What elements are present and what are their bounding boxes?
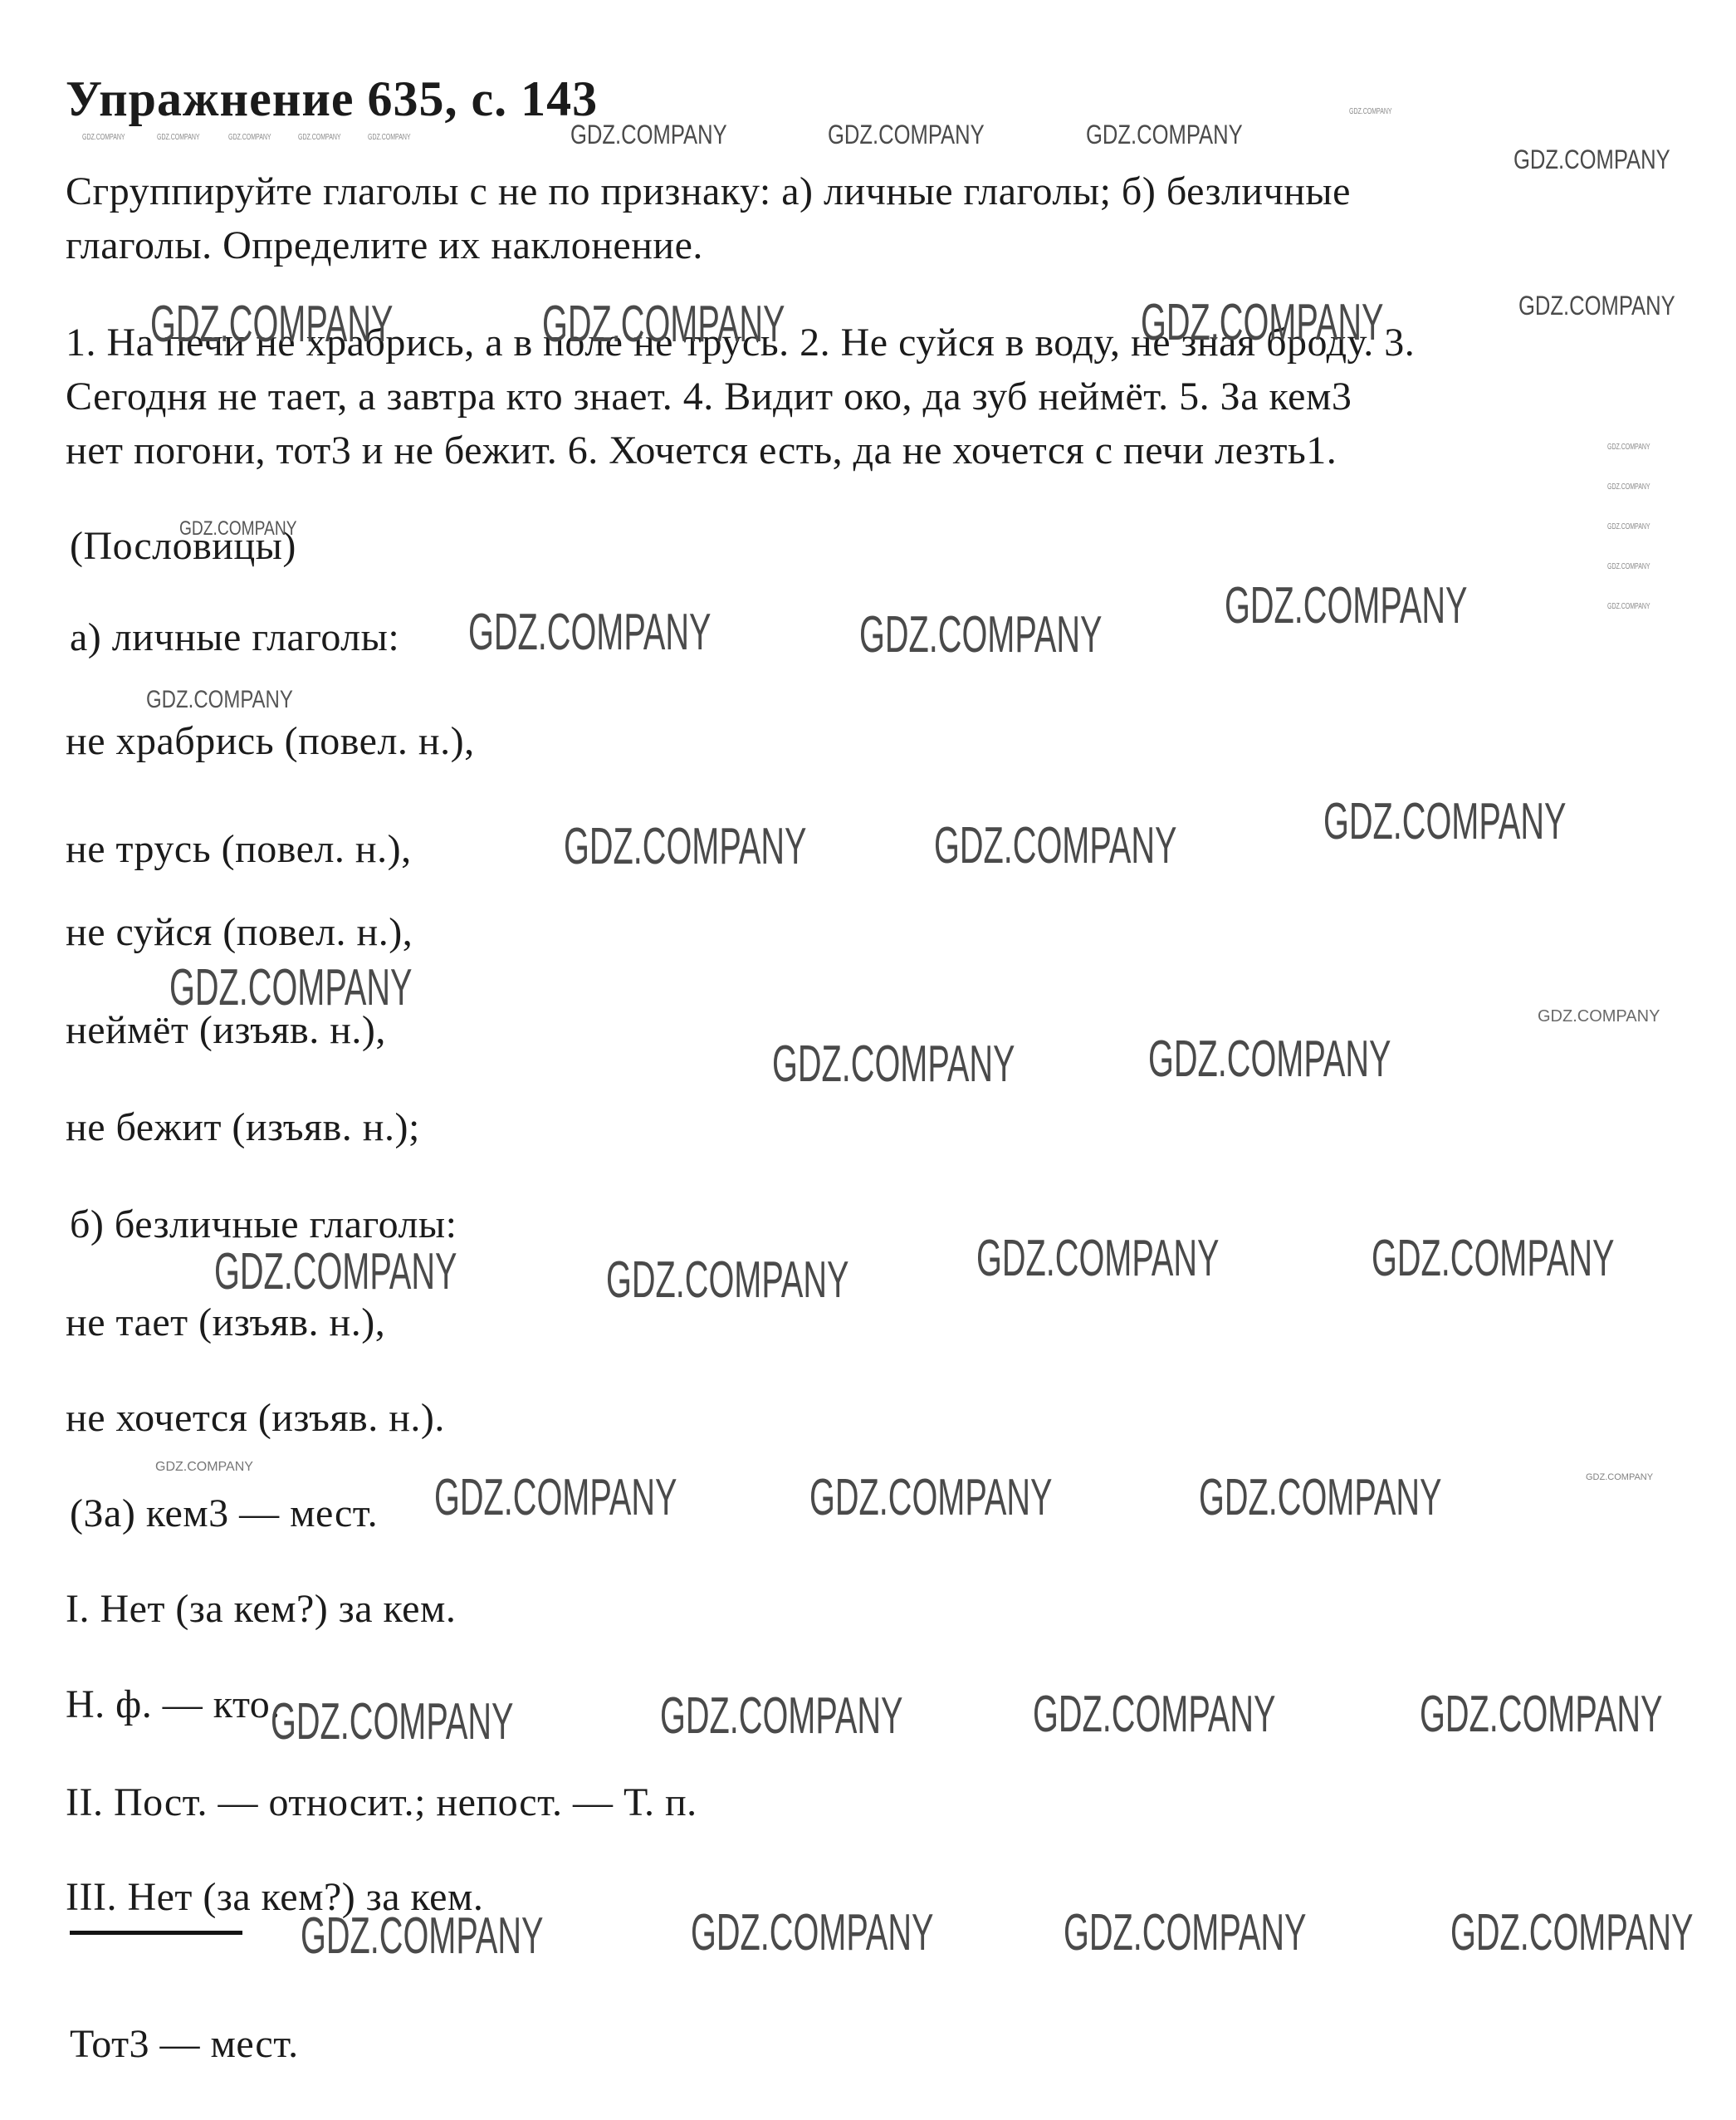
watermark: GDZ.COMPANY [934, 820, 1176, 872]
watermark: GDZ.COMPANY [1199, 1472, 1441, 1524]
watermark: GDZ.COMPANY [570, 121, 727, 148]
watermark: GDZ.COMPANY [368, 134, 411, 142]
watermark: GDZ.COMPANY [1420, 1689, 1662, 1741]
watermark: GDZ.COMPANY [1607, 603, 1650, 611]
watermark: GDZ.COMPANY [1349, 108, 1392, 116]
watermark: GDZ.COMPANY [564, 821, 806, 873]
watermark: GDZ.COMPANY [214, 1246, 457, 1298]
watermark: GDZ.COMPANY [1225, 580, 1467, 632]
group-a-item: не бежит (изъяв. н.); [66, 1108, 420, 1148]
watermark: GDZ.COMPANY [1607, 563, 1650, 571]
watermark: GDZ.COMPANY [1372, 1233, 1614, 1285]
section-divider [70, 1931, 242, 1935]
watermark: GDZ.COMPANY [179, 519, 297, 539]
watermark: GDZ.COMPANY [169, 962, 412, 1014]
watermark: GDZ.COMPANY [1586, 1473, 1653, 1482]
watermark: GDZ.COMPANY [1607, 443, 1650, 452]
watermark: GDZ.COMPANY [1607, 483, 1650, 492]
task-text-line-1: Сгруппируйте глаголы с не по признаку: а… [66, 172, 1351, 212]
group-a-item: неймёт (изъяв. н.), [66, 1011, 386, 1050]
sentences-line-3: нет погони, тот3 и не бежит. 6. Хочется … [66, 431, 1337, 471]
watermark: GDZ.COMPANY [434, 1472, 677, 1524]
sentences-line-2: Сегодня не тает, а завтра кто знает. 4. … [66, 377, 1352, 417]
watermark: GDZ.COMPANY [660, 1691, 902, 1742]
analysis-1-line: Н. ф. — кто. [66, 1685, 281, 1725]
task-text-line-2: глаголы. Определите их наклонение. [66, 226, 703, 266]
watermark: GDZ.COMPANY [809, 1472, 1052, 1524]
watermark: GDZ.COMPANY [691, 1907, 933, 1959]
watermark: GDZ.COMPANY [1450, 1907, 1693, 1959]
watermark: GDZ.COMPANY [155, 1461, 253, 1474]
watermark: GDZ.COMPANY [1538, 1008, 1660, 1025]
watermark: GDZ.COMPANY [1033, 1689, 1275, 1741]
group-a-item: не храбрись (повел. н.), [66, 722, 475, 761]
watermark: GDZ.COMPANY [1148, 1034, 1391, 1085]
analysis-1-line: I. Нет (за кем?) за кем. [66, 1589, 456, 1629]
watermark: GDZ.COMPANY [150, 299, 393, 350]
group-a-item: не трусь (повел. н.), [66, 830, 412, 869]
watermark: GDZ.COMPANY [271, 1696, 513, 1748]
watermark: GDZ.COMPANY [859, 610, 1102, 661]
analysis-1-heading: (За) кем3 — мест. [70, 1494, 378, 1534]
watermark: GDZ.COMPANY [146, 688, 293, 712]
analysis-2-heading: Тот3 — мест. [70, 2025, 299, 2064]
watermark: GDZ.COMPANY [1513, 146, 1670, 173]
watermark: GDZ.COMPANY [1086, 121, 1243, 148]
watermark: GDZ.COMPANY [1607, 523, 1650, 531]
watermark: GDZ.COMPANY [1323, 796, 1566, 848]
watermark: GDZ.COMPANY [82, 134, 125, 142]
watermark: GDZ.COMPANY [301, 1911, 543, 1962]
group-b-heading: б) безличные глаголы: [70, 1205, 457, 1245]
analysis-1-line: II. Пост. — относит.; непост. — Т. п. [66, 1783, 697, 1823]
watermark: GDZ.COMPANY [1141, 297, 1383, 349]
watermark: GDZ.COMPANY [828, 121, 985, 148]
group-b-item: не хочется (изъяв. н.). [66, 1398, 445, 1438]
group-a-item: не суйся (повел. н.), [66, 913, 413, 952]
watermark: GDZ.COMPANY [228, 134, 271, 142]
watermark: GDZ.COMPANY [298, 134, 341, 142]
watermark: GDZ.COMPANY [157, 134, 200, 142]
watermark: GDZ.COMPANY [1064, 1907, 1306, 1959]
document-page: Упражнение 635, с. 143 Сгруппируйте глаг… [0, 0, 1736, 2120]
watermark: GDZ.COMPANY [542, 299, 785, 350]
page-title: Упражнение 635, с. 143 [66, 74, 598, 124]
watermark: GDZ.COMPANY [1518, 292, 1675, 319]
group-a-heading: а) личные глаголы: [70, 618, 399, 658]
watermark: GDZ.COMPANY [772, 1039, 1015, 1090]
group-b-item: не тает (изъяв. н.), [66, 1303, 385, 1343]
watermark: GDZ.COMPANY [468, 607, 711, 659]
watermark: GDZ.COMPANY [606, 1255, 848, 1306]
watermark: GDZ.COMPANY [976, 1233, 1219, 1285]
